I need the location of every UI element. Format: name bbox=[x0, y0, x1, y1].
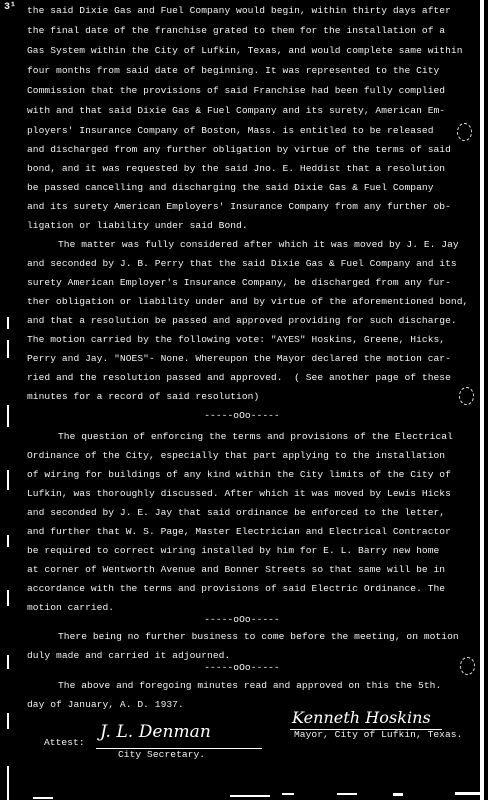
secretary-signature: J. L. Denman bbox=[100, 722, 211, 742]
scan-edge-mark bbox=[7, 317, 9, 329]
text-line: of wiring for buildings of any kind with… bbox=[27, 469, 451, 481]
text-line: bond, and it was requested by the said J… bbox=[27, 163, 445, 175]
text-line: Gas System within the City of Lufkin, Te… bbox=[27, 45, 463, 57]
scan-noise bbox=[337, 793, 357, 795]
text-line: be required to correct wiring installed … bbox=[27, 545, 439, 557]
scan-noise bbox=[230, 795, 270, 797]
text-line: motion carried. bbox=[27, 602, 114, 614]
section-separator: -----oOo----- bbox=[0, 410, 484, 422]
section-separator: -----oOo----- bbox=[0, 662, 484, 674]
text-line: day of January, A. D. 1937. bbox=[27, 699, 184, 711]
mayor-title: Mayor, City of Lufkin, Texas. bbox=[294, 729, 462, 741]
text-line: and seconded by J. B. Perry that the sai… bbox=[27, 258, 457, 270]
mayor-signature: Kenneth Hoskins bbox=[292, 708, 431, 727]
scan-noise bbox=[282, 793, 294, 795]
text-line: four months from said date of beginning.… bbox=[27, 65, 439, 77]
text-line: Ordinance of the City, especially that p… bbox=[27, 450, 445, 462]
punch-hole-icon bbox=[457, 123, 472, 141]
text-line: and discharged from any further obligati… bbox=[27, 144, 451, 156]
text-line: The matter was fully considered after wh… bbox=[58, 239, 459, 251]
scanned-minutes-page: 3¹ the said Dixie Gas and Fuel Company w… bbox=[0, 0, 484, 800]
scan-edge-mark bbox=[7, 713, 9, 729]
scan-edge-mark bbox=[7, 470, 9, 490]
scan-noise bbox=[455, 792, 483, 795]
text-line: ployers' Insurance Company of Boston, Ma… bbox=[27, 125, 434, 137]
text-line: The motion carried by the following vote… bbox=[27, 334, 445, 346]
text-line: Perry and Jay. "NOES"- None. Whereupon t… bbox=[27, 353, 451, 365]
text-line: ried and the resolution passed and appro… bbox=[27, 372, 451, 384]
text-line: surety American Employer's Insurance Com… bbox=[27, 277, 451, 289]
secretary-title: City Secretary. bbox=[118, 749, 205, 761]
text-line: and its surety American Employers' Insur… bbox=[27, 201, 451, 213]
text-line: minutes for a record of said resolution) bbox=[27, 391, 259, 403]
text-line: Lufkin, was thoroughly discussed. After … bbox=[27, 488, 451, 500]
scan-edge-mark bbox=[7, 655, 9, 669]
text-line: There being no further business to come … bbox=[58, 631, 459, 643]
scan-noise bbox=[393, 793, 403, 796]
scan-noise bbox=[33, 797, 53, 799]
punch-hole-icon bbox=[460, 657, 475, 675]
scan-edge-mark bbox=[7, 590, 9, 606]
text-line: Commission that the provisions of said F… bbox=[27, 85, 445, 97]
scan-edge bbox=[480, 0, 484, 800]
punch-hole-icon bbox=[459, 387, 474, 405]
text-line: with and that said Dixie Gas & Fuel Comp… bbox=[27, 105, 445, 117]
text-line: be passed cancelling and discharging the… bbox=[27, 182, 434, 194]
text-line: ligation or liability under said Bond. bbox=[27, 220, 248, 232]
scan-edge-mark bbox=[7, 405, 9, 427]
text-line: and that a resolution be passed and appr… bbox=[27, 315, 457, 327]
section-separator: -----oOo----- bbox=[0, 614, 484, 626]
text-line: and further that W. S. Page, Master Elec… bbox=[27, 526, 451, 538]
text-line: duly made and carried it adjourned. bbox=[27, 650, 230, 662]
text-line: The question of enforcing the terms and … bbox=[58, 431, 453, 443]
scan-edge-mark bbox=[7, 766, 9, 800]
scan-edge-mark bbox=[7, 340, 9, 358]
text-line: The above and foregoing minutes read and… bbox=[58, 680, 441, 692]
scan-edge-mark bbox=[7, 535, 9, 547]
attest-label: Attest: bbox=[44, 737, 85, 749]
text-line: and seconded by J. E. Jay that said ordi… bbox=[27, 507, 445, 519]
text-line: accordance with the terms and provisions… bbox=[27, 583, 445, 595]
text-line: at corner of Wentworth Avenue and Bonner… bbox=[27, 564, 445, 576]
page-marker: 3¹ bbox=[4, 2, 16, 13]
text-line: the said Dixie Gas and Fuel Company woul… bbox=[27, 5, 451, 17]
text-line: the final date of the franchise grated t… bbox=[27, 25, 445, 37]
text-line: ther obligation or liability under and b… bbox=[27, 296, 468, 308]
